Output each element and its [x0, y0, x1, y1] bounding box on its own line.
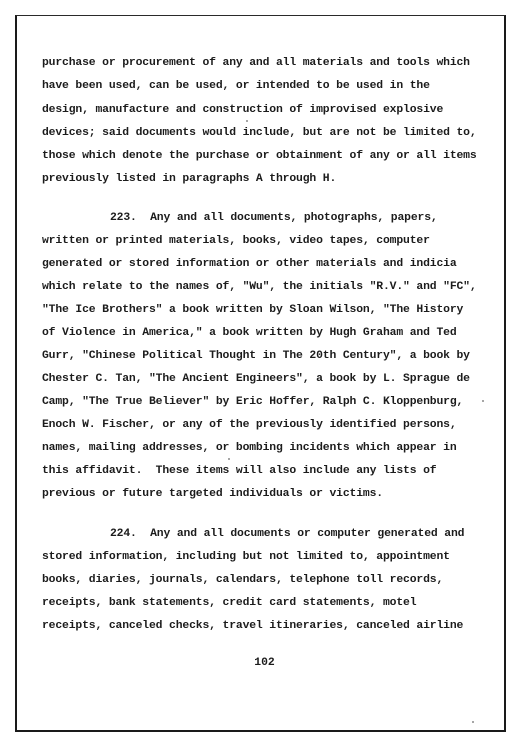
- text-line: devices; said documents would include, b…: [42, 126, 477, 140]
- scan-speck: [228, 458, 230, 460]
- text-line: Camp, "The True Believer" by Eric Hoffer…: [42, 395, 463, 409]
- text-line: stored information, including but not li…: [42, 550, 450, 564]
- scan-speck: [472, 721, 474, 723]
- text-line: previously listed in paragraphs A throug…: [42, 172, 336, 186]
- text-line: Gurr, "Chinese Political Thought in The …: [42, 349, 470, 363]
- text-line: written or printed materials, books, vid…: [42, 234, 430, 248]
- page-number: 102: [0, 657, 529, 669]
- paragraph-224-first-line: 224. Any and all documents or computer g…: [110, 527, 464, 541]
- text-line: previous or future targeted individuals …: [42, 487, 383, 501]
- text-line: purchase or procurement of any and all m…: [42, 56, 470, 70]
- text-line: generated or stored information or other…: [42, 257, 457, 271]
- text-line: design, manufacture and construction of …: [42, 103, 443, 117]
- text-line: those which denote the purchase or obtai…: [42, 149, 477, 163]
- text-line: receipts, canceled checks, travel itiner…: [42, 619, 463, 633]
- text-line: this affidavit. These items will also in…: [42, 464, 436, 478]
- text-line: which relate to the names of, "Wu", the …: [42, 280, 477, 294]
- text-line: names, mailing addresses, or bombing inc…: [42, 441, 457, 455]
- text-line: receipts, bank statements, credit card s…: [42, 596, 416, 610]
- scan-speck: [482, 400, 484, 402]
- text-line: of Violence in America," a book written …: [42, 326, 457, 340]
- text-line: Enoch W. Fischer, or any of the previous…: [42, 418, 457, 432]
- text-line: have been used, can be used, or intended…: [42, 79, 430, 93]
- text-line: "The Ice Brothers" a book written by Slo…: [42, 303, 463, 317]
- scan-speck: [246, 120, 248, 122]
- paragraph-223-first-line: 223. Any and all documents, photographs,…: [110, 211, 438, 225]
- text-line: Chester C. Tan, "The Ancient Engineers",…: [42, 372, 470, 386]
- text-line: books, diaries, journals, calendars, tel…: [42, 573, 443, 587]
